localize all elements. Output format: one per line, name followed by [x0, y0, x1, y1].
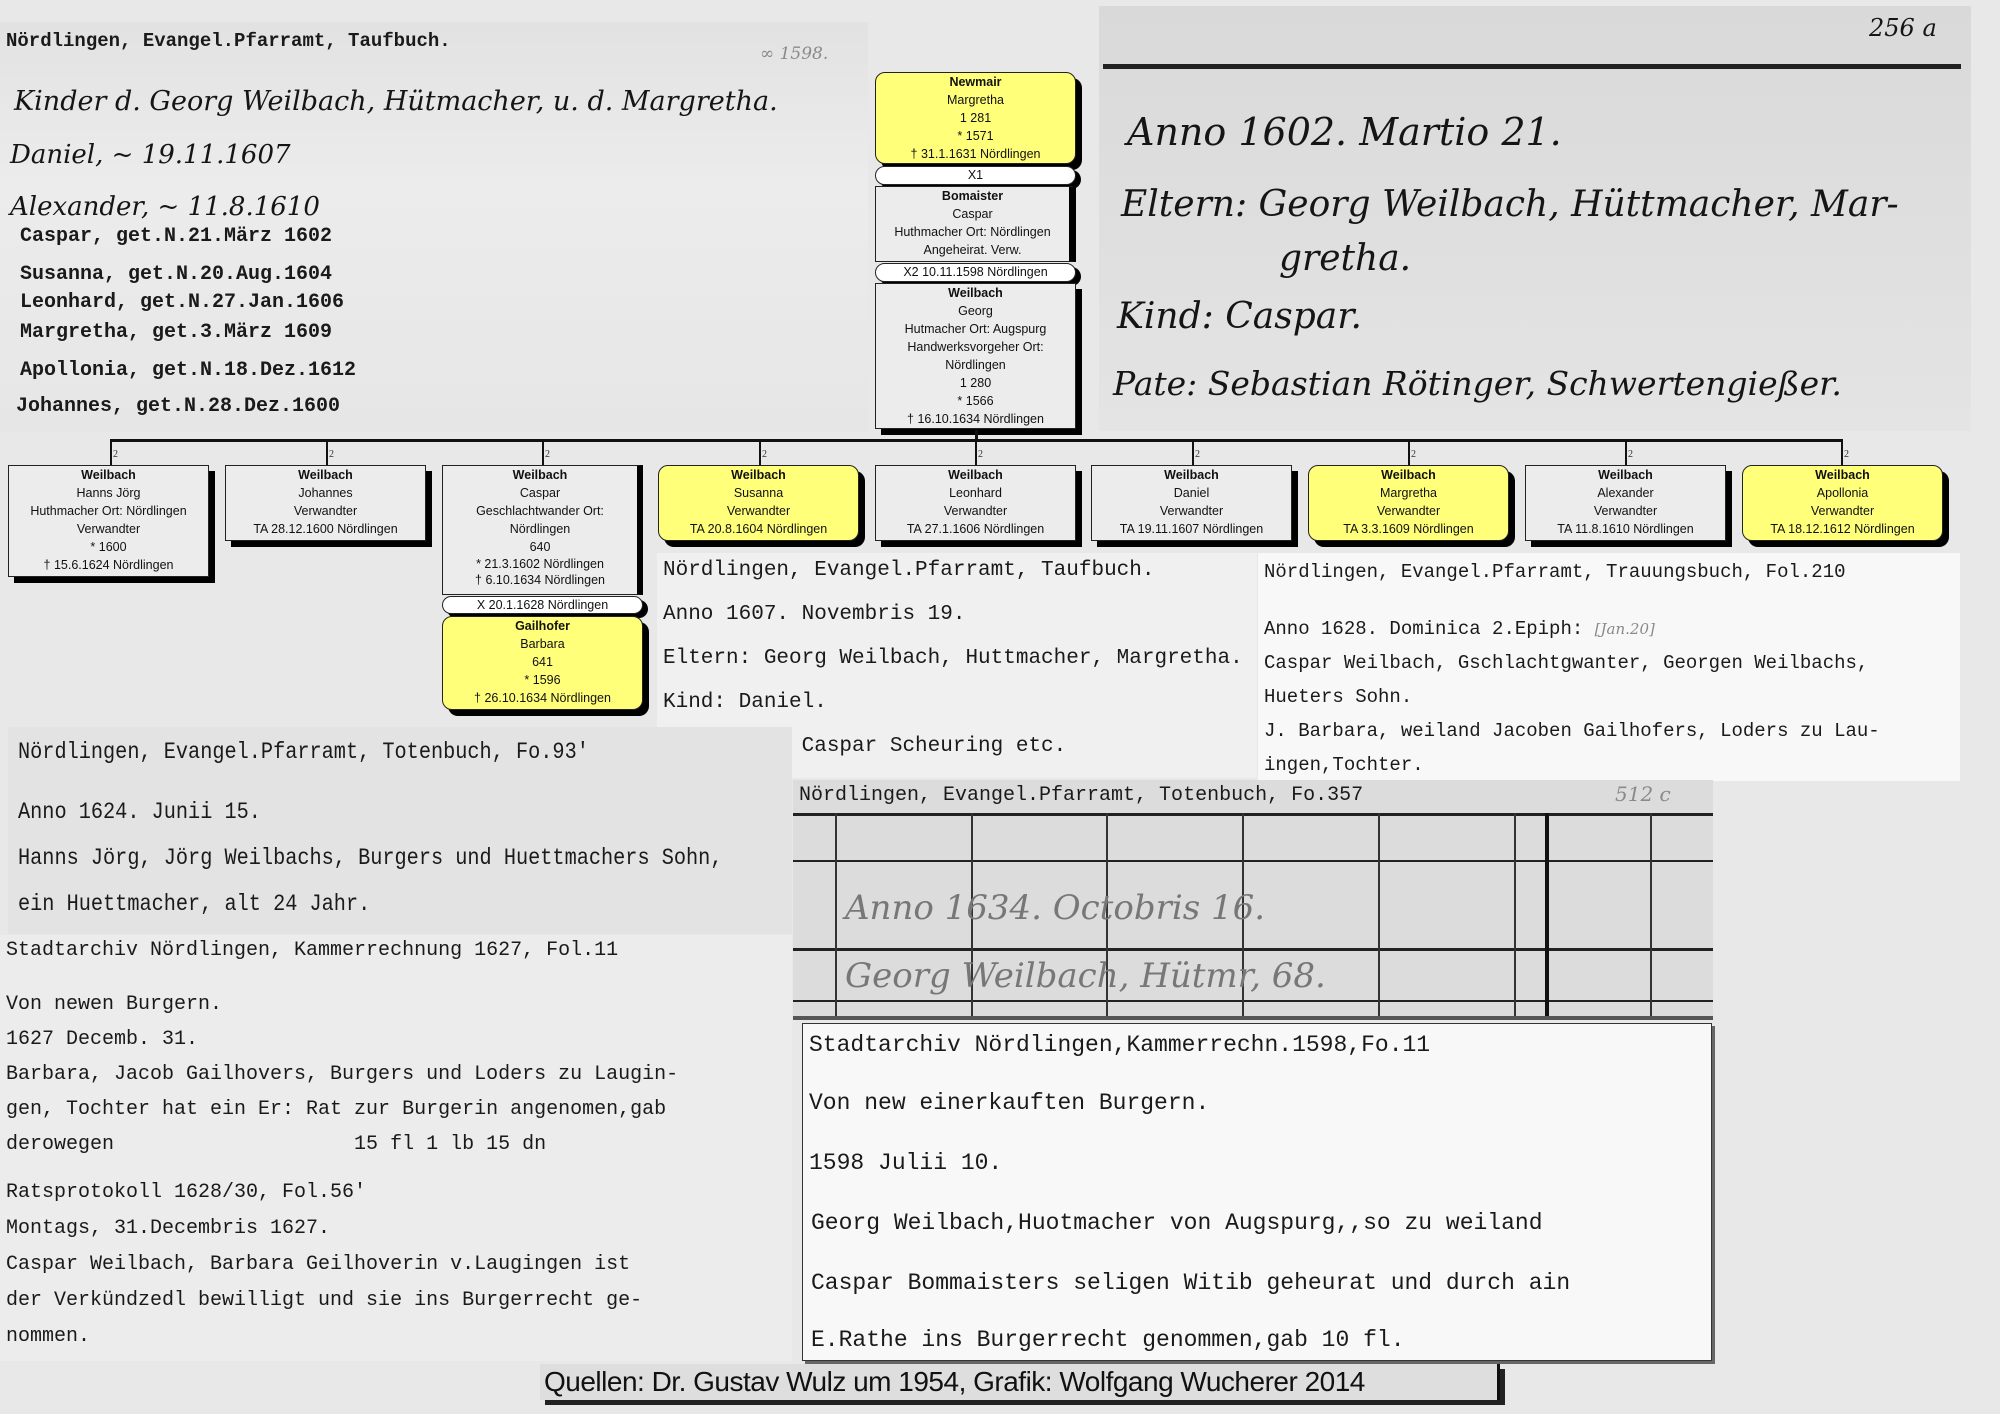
document-line: Anno 1624. Junii 15.: [18, 799, 261, 825]
person-detail: † 31.1.1631 Nördlingen: [876, 145, 1075, 163]
person-given-name: Leonhard: [876, 484, 1075, 502]
document-kammerrechnung-1627: Stadtarchiv Nördlingen, Kammerrechnung 1…: [0, 935, 792, 1361]
person-detail: Nördlingen: [876, 356, 1075, 374]
generation-marker: 2: [329, 449, 334, 460]
document-line: Anno 1628. Dominica 2.Epiph: [Jan.20]: [1264, 618, 1655, 640]
date-annotation: [Jan.20]: [1595, 620, 1655, 638]
person-detail: TA 3.3.1609 Nördlingen: [1309, 520, 1508, 538]
handwritten-title-text: Kinder d. Georg Weilbach, Hütmacher, u. …: [14, 86, 778, 117]
document-header: Nördlingen, Evangel.Pfarramt, Taufbuch.: [663, 559, 1154, 582]
document-line: derowegen 15 fl 1 lb 15 dn: [6, 1133, 546, 1156]
document-line: Anno 1607. Novembris 19.: [663, 603, 965, 626]
person-detail: TA 27.1.1606 Nördlingen: [876, 520, 1075, 538]
tree-connector-vertical: [542, 440, 544, 466]
generation-marker: 2: [1628, 449, 1633, 460]
document-line: der Verkündzedl bewilligt und sie ins Bu…: [6, 1289, 642, 1312]
person-detail: * 1566: [876, 392, 1075, 410]
person-detail: Hutmacher Ort: Augspurg: [876, 320, 1075, 338]
child-entry: Caspar, get.N.21.März 1602: [20, 225, 332, 248]
person-detail: Verwandter: [1743, 502, 1942, 520]
document-line: Barbara, Jacob Gailhovers, Burgers und L…: [6, 1063, 678, 1086]
document-taufbuch-index: Nördlingen, Evangel.Pfarramt, Taufbuch. …: [0, 22, 868, 432]
handwritten-line-text: Eltern: Georg Weilbach, Hüttmacher, Mar-: [1121, 184, 1899, 225]
document-header: Nördlingen, Evangel.Pfarramt, Trauungsbu…: [1264, 561, 1846, 583]
tree-connector-vertical: [759, 440, 761, 466]
document-line: gen, Tochter hat ein Er: Rat zur Burgeri…: [6, 1098, 666, 1121]
tree-connector-vertical: [326, 440, 328, 466]
person-surname: Gailhofer: [443, 617, 642, 635]
tree-connector-vertical: [1841, 440, 1843, 466]
person-surname: Bomaister: [876, 187, 1069, 205]
document-line: nommen.: [6, 1325, 90, 1348]
person-detail: TA 28.12.1600 Nördlingen: [226, 520, 425, 538]
ruled-line: [793, 860, 1713, 862]
person-card-weilbach-margretha[interactable]: Weilbach Margretha Verwandter TA 3.3.160…: [1308, 465, 1509, 541]
child-entry: Johannes, get.N.28.Dez.1600: [16, 395, 340, 418]
handwritten-title: Kinder d. Georg Weilbach, Hütmacher, u. …: [14, 86, 778, 117]
handwritten-line: Anno 1602. Martio 21.: [1127, 110, 1562, 154]
person-detail: Verwandter: [659, 502, 858, 520]
tree-connector-vertical: [1192, 440, 1194, 466]
ruled-column: [1378, 813, 1380, 1020]
person-card-weilbach-apollonia[interactable]: Weilbach Apollonia Verwandter TA 18.12.1…: [1742, 465, 1943, 541]
person-detail: * 1600: [9, 538, 208, 556]
person-given-name: Barbara: [443, 635, 642, 653]
document-header: Nördlingen, Evangel.Pfarramt, Totenbuch,…: [18, 739, 589, 765]
person-surname: Weilbach: [1092, 466, 1291, 484]
person-detail: † 16.10.1634 Nördlingen: [876, 410, 1075, 428]
child-entry: Apollonia, get.N.18.Dez.1612: [20, 359, 356, 382]
document-header: Nördlingen, Evangel.Pfarramt, Taufbuch.: [6, 30, 451, 52]
document-totenbuch-357: Nördlingen, Evangel.Pfarramt, Totenbuch,…: [793, 780, 1713, 1020]
person-detail: 641: [443, 653, 642, 671]
document-line: Ratsprotokoll 1628/30, Fol.56': [6, 1181, 366, 1204]
margin-note: ∞ 1598.: [760, 44, 828, 64]
page-number: 256 a: [1869, 14, 1937, 42]
person-detail: Angeheirat. Verw.: [876, 241, 1069, 259]
person-detail: Verwandter: [876, 502, 1075, 520]
person-surname: Weilbach: [1743, 466, 1942, 484]
ruled-line: [793, 948, 1713, 951]
person-card-weilbach-alexander[interactable]: Weilbach Alexander Verwandter TA 11.8.16…: [1525, 465, 1726, 541]
handwritten-entry: Alexander, ~ 11.8.1610: [10, 192, 320, 222]
person-detail: TA 18.12.1612 Nördlingen: [1743, 520, 1942, 538]
person-given-name: Margretha: [876, 91, 1075, 109]
generation-marker: 2: [978, 449, 983, 460]
handwritten-line: gretha.: [1279, 238, 1411, 279]
person-given-name: Georg: [876, 302, 1075, 320]
marriage-label: X 20.1.1628 Nördlingen: [442, 596, 643, 614]
person-detail: * 1596: [443, 671, 642, 689]
person-surname: Weilbach: [1309, 466, 1508, 484]
source-caption: Quellen: Dr. Gustav Wulz um 1954, Grafik…: [540, 1364, 1500, 1400]
document-line: Caspar Weilbach, Gschlachtgwanter, Georg…: [1264, 652, 1868, 674]
person-detail: TA 20.8.1604 Nördlingen: [659, 520, 858, 538]
document-trauungsbuch: Nördlingen, Evangel.Pfarramt, Trauungsbu…: [1258, 553, 1960, 781]
handwritten-line: Anno 1634. Octobris 16.: [845, 888, 1265, 928]
ruled-line: [793, 813, 1713, 816]
child-entry: Susanna, get.N.20.Aug.1604: [20, 263, 332, 286]
ruled-column: [1545, 813, 1549, 1020]
generation-marker: 2: [1844, 449, 1849, 460]
person-detail: 640: [443, 538, 637, 556]
person-card-weilbach-hanns-jorg[interactable]: Weilbach Hanns Jörg Huthmacher Ort: Nörd…: [8, 465, 209, 577]
document-taufbuch-1602: 256 a Anno 1602. Martio 21. Eltern: Geor…: [1099, 6, 1971, 431]
document-line: Hueters Sohn.: [1264, 686, 1412, 708]
tree-connector-vertical: [975, 440, 977, 466]
person-surname: Weilbach: [659, 466, 858, 484]
ruled-column: [835, 813, 837, 1020]
document-line: J. Barbara, weiland Jacoben Gailhofers, …: [1264, 720, 1880, 742]
person-detail: Huthmacher Ort: Nördlingen: [876, 223, 1069, 241]
person-detail: * 21.3.1602 Nördlingen: [443, 556, 637, 572]
person-given-name: Caspar: [443, 484, 637, 502]
tree-connector-vertical: [110, 440, 112, 466]
person-card-weilbach-johannes[interactable]: Weilbach Johannes Verwandter TA 28.12.16…: [225, 465, 426, 541]
document-line: Georg Weilbach,Huotmacher von Augspurg,,…: [811, 1210, 1543, 1236]
handwritten-line: Pate: Sebastian Rötinger, Schwertengieße…: [1113, 364, 1842, 403]
person-given-name: Caspar: [876, 205, 1069, 223]
handwritten-line: Georg Weilbach, Hütmr, 68.: [845, 956, 1326, 996]
person-card-weilbach-susanna[interactable]: Weilbach Susanna Verwandter TA 20.8.1604…: [658, 465, 859, 541]
person-detail: 1 280: [876, 374, 1075, 392]
person-given-name: Hanns Jörg: [9, 484, 208, 502]
document-totenbuch-93: Nördlingen, Evangel.Pfarramt, Totenbuch,…: [8, 727, 792, 934]
person-given-name: Daniel: [1092, 484, 1291, 502]
generation-marker: 2: [545, 449, 550, 460]
person-card-weilbach-daniel[interactable]: Weilbach Daniel Verwandter TA 19.11.1607…: [1091, 465, 1292, 541]
document-line: Von new einerkauften Burgern.: [809, 1090, 1209, 1116]
person-surname: Weilbach: [1526, 466, 1725, 484]
person-detail: Nördlingen: [443, 520, 637, 538]
person-surname: Weilbach: [226, 466, 425, 484]
person-given-name: Susanna: [659, 484, 858, 502]
person-card-weilbach-georg[interactable]: Weilbach Georg Hutmacher Ort: Augspurg H…: [875, 283, 1076, 429]
document-line-text: Anno 1628. Dominica 2.Epiph:: [1264, 618, 1583, 640]
ruled-line: [793, 1000, 1713, 1002]
document-line: Montags, 31.Decembris 1627.: [6, 1217, 330, 1240]
ruled-line: [1103, 64, 1961, 69]
ruled-column: [1650, 813, 1652, 1020]
person-detail: * 1571: [876, 127, 1075, 145]
document-header: Stadtarchiv Nördlingen, Kammerrechnung 1…: [6, 939, 618, 962]
document-line: Caspar Weilbach, Barbara Geilhoverin v.L…: [6, 1253, 630, 1276]
document-line: ingen,Tochter.: [1264, 754, 1424, 776]
person-surname: Newmair: [876, 73, 1075, 91]
generation-marker: 2: [1411, 449, 1416, 460]
handwritten-entry: Daniel, ~ 19.11.1607: [10, 140, 291, 170]
document-line: Kind: Daniel.: [663, 691, 827, 714]
document-line: Von newen Burgern.: [6, 993, 222, 1016]
document-header: Nördlingen, Evangel.Pfarramt, Totenbuch,…: [799, 784, 1363, 807]
person-surname: Weilbach: [876, 284, 1075, 302]
person-given-name: Margretha: [1309, 484, 1508, 502]
person-card-newmair-margretha[interactable]: Newmair Margretha 1 281 * 1571 † 31.1.16…: [875, 72, 1076, 164]
person-card-weilbach-leonhard[interactable]: Weilbach Leonhard Verwandter TA 27.1.160…: [875, 465, 1076, 541]
person-card-bomaister-caspar[interactable]: Bomaister Caspar Huthmacher Ort: Nördlin…: [875, 186, 1076, 262]
document-line: 1598 Julii 10.: [809, 1150, 1002, 1176]
handwritten-line: Eltern: Georg Weilbach, Hüttmacher, Mar-: [1121, 184, 1899, 225]
tree-connector-vertical: [1408, 440, 1410, 466]
ruled-column: [1514, 813, 1516, 1020]
document-line: Eltern: Georg Weilbach, Huttmacher, Marg…: [663, 647, 1243, 670]
marriage-label: X2 10.11.1598 Nördlingen: [875, 263, 1076, 282]
person-detail: Handwerksvorgeher Ort:: [876, 338, 1075, 356]
document-kammerrechnung-1598: Stadtarchiv Nördlingen,Kammerrechn.1598,…: [802, 1023, 1712, 1361]
person-detail: † 26.10.1634 Nördlingen: [443, 689, 642, 707]
person-given-name: Johannes: [226, 484, 425, 502]
person-surname: Weilbach: [9, 466, 208, 484]
person-detail: Huthmacher Ort: Nördlingen: [9, 502, 208, 520]
document-line: Caspar Bommaisters seligen Witib geheura…: [811, 1270, 1570, 1296]
document-line: E.Rathe ins Burgerrecht genommen,gab 10 …: [811, 1327, 1405, 1353]
person-detail: 1 281: [876, 109, 1075, 127]
handwritten-line: Kind: Caspar.: [1117, 296, 1362, 337]
person-surname: Weilbach: [876, 466, 1075, 484]
document-header: Stadtarchiv Nördlingen,Kammerrechn.1598,…: [809, 1032, 1430, 1058]
person-given-name: Apollonia: [1743, 484, 1942, 502]
person-given-name: Alexander: [1526, 484, 1725, 502]
marriage-label: X1: [875, 166, 1076, 185]
person-detail: † 6.10.1634 Nördlingen: [443, 572, 637, 588]
person-detail: TA 11.8.1610 Nördlingen: [1526, 520, 1725, 538]
person-detail: Verwandter: [226, 502, 425, 520]
person-detail: Verwandter: [1526, 502, 1725, 520]
person-detail: † 15.6.1624 Nördlingen: [9, 556, 208, 574]
person-surname: Weilbach: [443, 466, 637, 484]
generation-marker: 2: [762, 449, 767, 460]
person-detail: TA 19.11.1607 Nördlingen: [1092, 520, 1291, 538]
child-entry: Margretha, get.3.März 1609: [20, 321, 332, 344]
person-detail: Verwandter: [1309, 502, 1508, 520]
generation-marker: 2: [113, 449, 118, 460]
tree-connector-vertical: [1625, 440, 1627, 466]
person-detail: Geschlachtwander Ort:: [443, 502, 637, 520]
document-line: ein Huettmacher, alt 24 Jahr.: [18, 891, 370, 917]
person-detail: Verwandter: [9, 520, 208, 538]
person-card-weilbach-caspar[interactable]: Weilbach Caspar Geschlachtwander Ort: Nö…: [442, 465, 643, 595]
document-line: 1627 Decemb. 31.: [6, 1028, 198, 1051]
document-line: Hanns Jörg, Jörg Weilbachs, Burgers und …: [18, 845, 722, 871]
person-detail: Verwandter: [1092, 502, 1291, 520]
person-card-gailhofer-barbara[interactable]: Gailhofer Barbara 641 * 1596 † 26.10.163…: [442, 616, 643, 710]
child-entry: Leonhard, get.N.27.Jan.1606: [20, 291, 344, 314]
generation-marker: 2: [1195, 449, 1200, 460]
page-number: 512 c: [1615, 782, 1671, 806]
